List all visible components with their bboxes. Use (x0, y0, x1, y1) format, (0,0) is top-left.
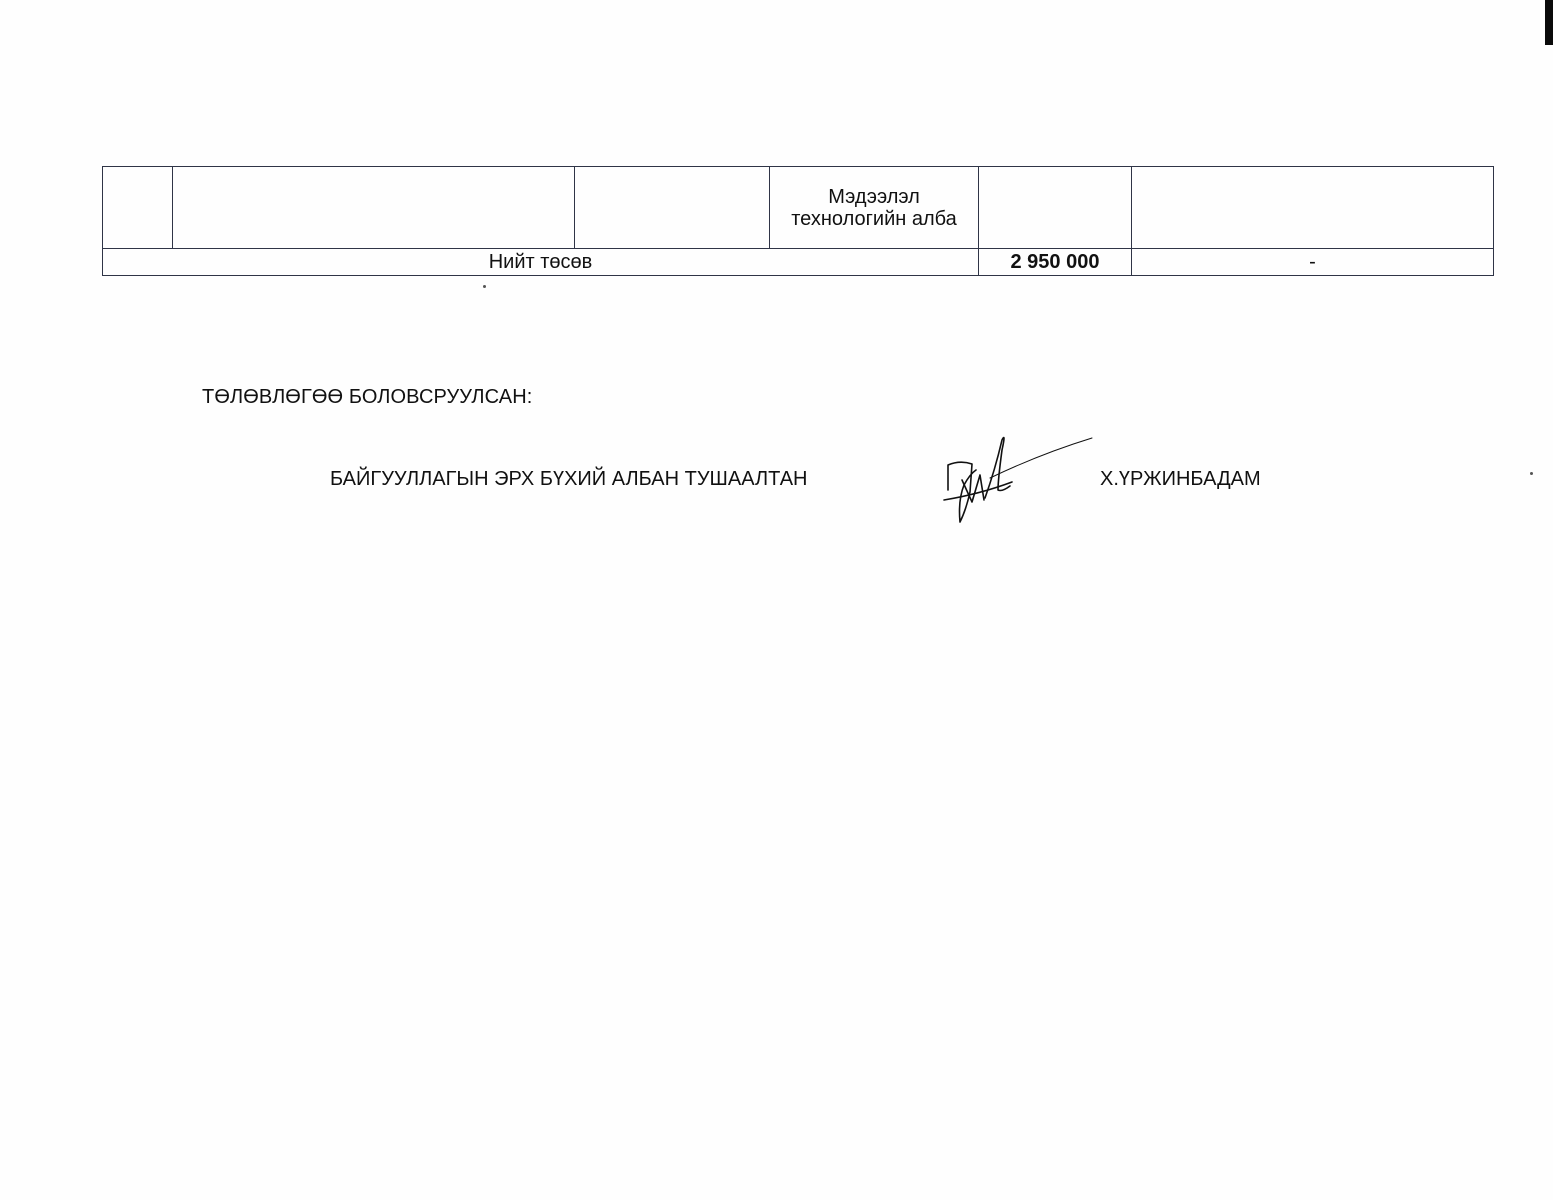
table-row: Мэдээлэл технологийн алба (103, 167, 1494, 249)
cell-timeframe (575, 167, 770, 249)
cell-activity (173, 167, 575, 249)
cell-index (103, 167, 173, 249)
cell-responsible: Мэдээлэл технологийн алба (770, 167, 979, 249)
responsible-text: Мэдээлэл технологийн алба (791, 186, 957, 230)
official-name: Х.ҮРЖИНБАДАМ (1100, 468, 1261, 491)
cell-note (1132, 167, 1494, 249)
signature-icon (940, 430, 1100, 530)
budget-table: Мэдээлэл технологийн алба Нийт төсөв 2 9… (102, 166, 1494, 276)
table-total-row: Нийт төсөв 2 950 000 - (103, 249, 1494, 276)
official-title: БАЙГУУЛЛАГЫН ЭРХ БҮХИЙ АЛБАН ТУШААЛТАН (330, 468, 807, 491)
scan-speck (1530, 472, 1533, 475)
total-label: Нийт төсөв (103, 249, 979, 276)
total-extra: - (1132, 249, 1494, 276)
prepared-by-heading: ТӨЛӨВЛӨГӨӨ БОЛОВСРУУЛСАН: (202, 386, 532, 409)
scan-edge-mark (1545, 0, 1553, 45)
total-amount: 2 950 000 (979, 249, 1132, 276)
scan-speck (483, 285, 486, 288)
cell-budget (979, 167, 1132, 249)
